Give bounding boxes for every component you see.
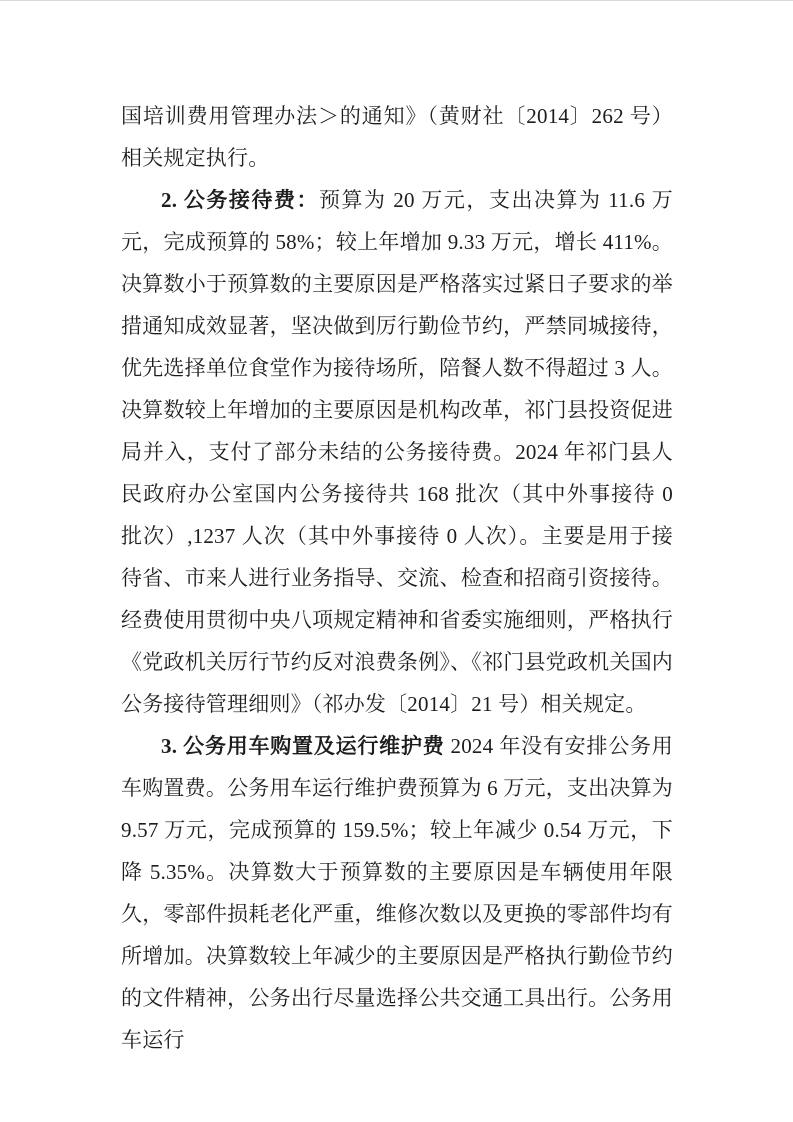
text-run: 2024 年没有安排公务用车购置费。公务用车运行维护费预算为 6 万元，支出决算…	[121, 734, 673, 1052]
paragraph-official-reception-expense: 2. 公务接待费：预算为 20 万元，支出决算为 11.6 万元，完成预算的 5…	[121, 179, 673, 725]
text-run: 国培训费用管理办法＞的通知》（黄财社〔2014〕262 号）相关规定执行。	[121, 104, 673, 170]
paragraph-official-vehicle-expense: 3. 公务用车购置及运行维护费 2024 年没有安排公务用车购置费。公务用车运行…	[121, 725, 673, 1061]
paragraph-training-fee-regulation-continuation: 国培训费用管理办法＞的通知》（黄财社〔2014〕262 号）相关规定执行。	[121, 95, 673, 179]
text-run: 预算为 20 万元，支出决算为 11.6 万元，完成预算的 58%；较上年增加 …	[121, 188, 673, 716]
document-body: 国培训费用管理办法＞的通知》（黄财社〔2014〕262 号）相关规定执行。 2.…	[121, 95, 673, 1061]
document-page: 国培训费用管理办法＞的通知》（黄财社〔2014〕262 号）相关规定执行。 2.…	[0, 0, 793, 1122]
heading-run-reception-expense: 2. 公务接待费：	[161, 188, 319, 212]
page-top-edge-line	[0, 0, 793, 1]
heading-run-vehicle-expense: 3. 公务用车购置及运行维护费	[161, 734, 445, 758]
